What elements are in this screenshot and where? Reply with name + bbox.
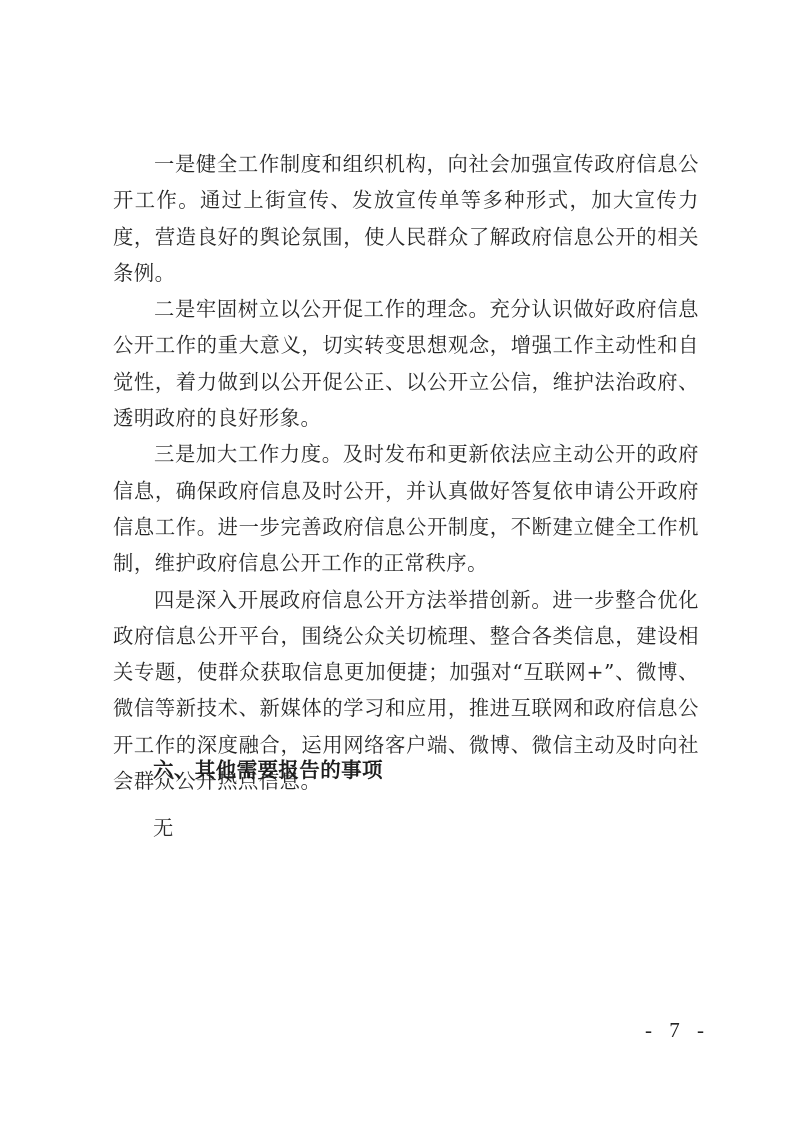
document-page: 一是健全工作制度和组织机构，向社会加强宣传政府信息公开工作。通过上街宣传、发放宣… xyxy=(0,0,793,1122)
paragraph-1: 一是健全工作制度和组织机构，向社会加强宣传政府信息公开工作。通过上街宣传、发放宣… xyxy=(113,146,699,291)
body-text: 一是健全工作制度和组织机构，向社会加强宣传政府信息公开工作。通过上街宣传、发放宣… xyxy=(113,146,699,799)
paragraph-2: 二是牢固树立以公开促工作的理念。充分认识做好政府信息公开工作的重大意义，切实转变… xyxy=(113,291,699,436)
section-heading: 六、其他需要报告的事项 xyxy=(153,752,383,788)
paragraph-3: 三是加大工作力度。及时发布和更新依法应主动公开的政府信息，确保政府信息及时公开，… xyxy=(113,436,699,581)
page-number: - 7 - xyxy=(645,1018,710,1043)
section-body: 无 xyxy=(153,810,173,846)
